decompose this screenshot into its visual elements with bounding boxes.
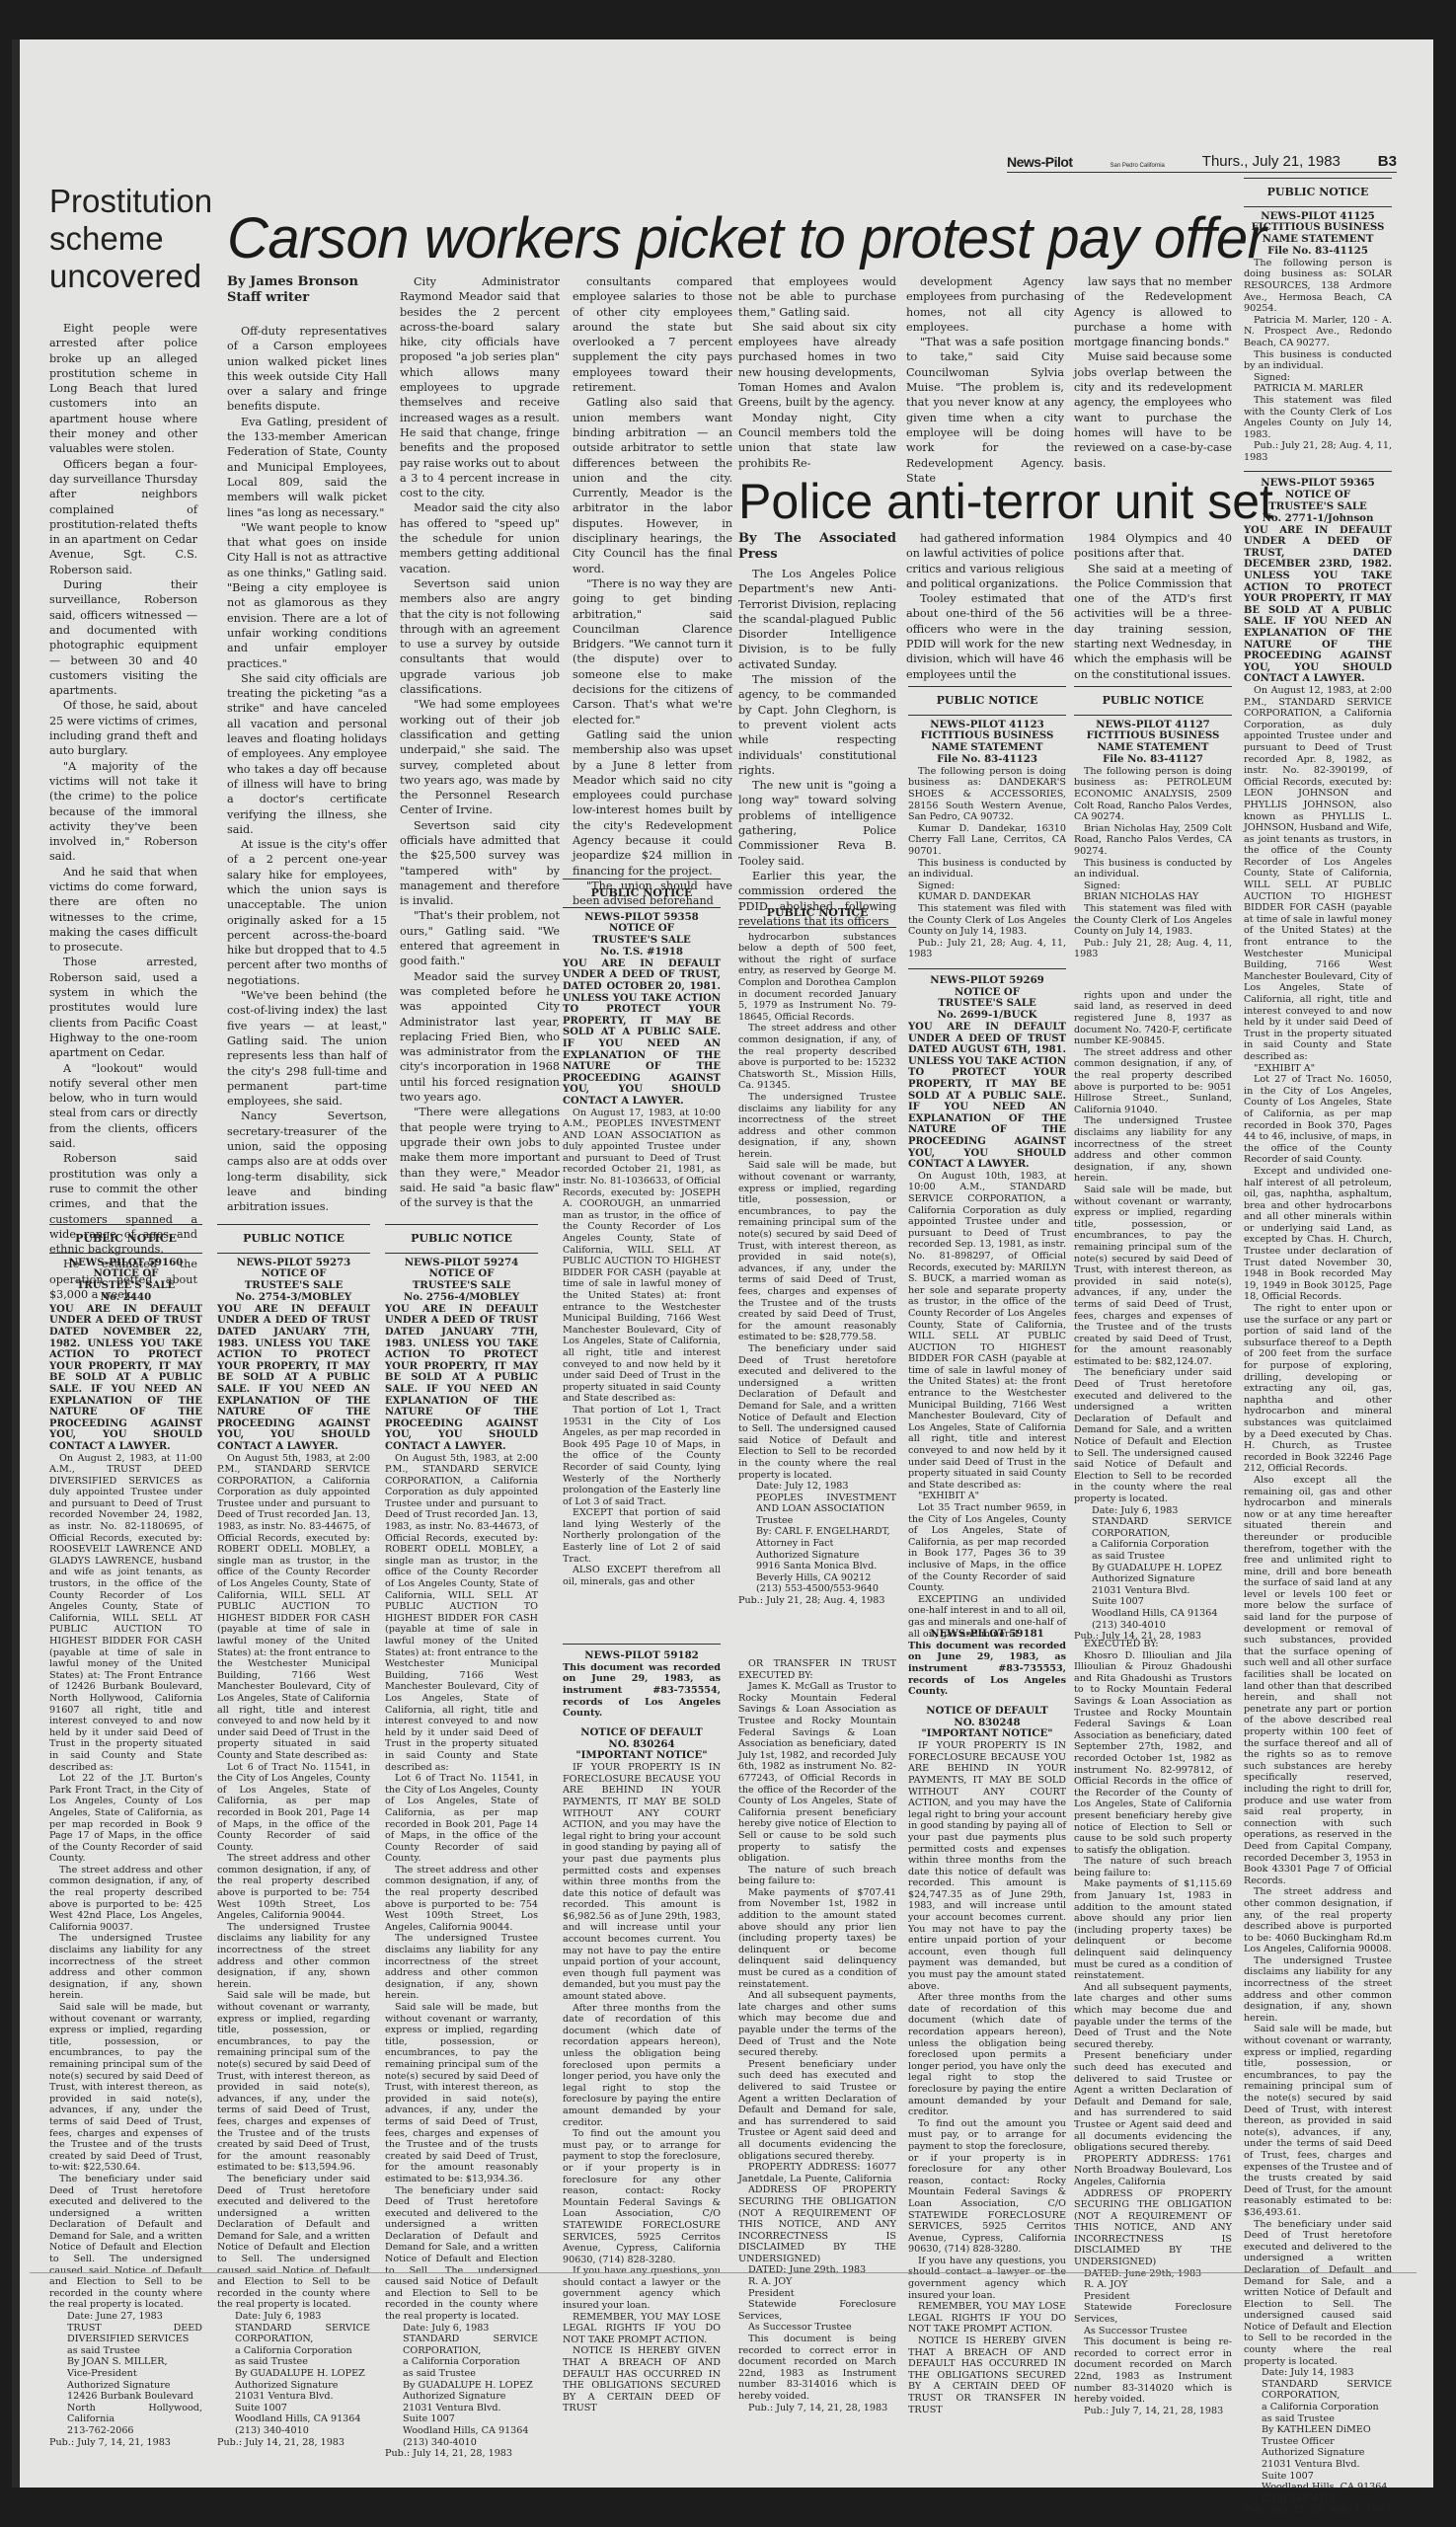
line: Date: July 6, 1983 — [403, 2323, 538, 2335]
paragraph: Gatling said the union membership also w… — [573, 727, 732, 879]
paragraph: Brian Nicholas Hay, 2509 Colt Road, Ranc… — [1074, 823, 1232, 858]
notice-lines: NEWS-PILOT 59269NOTICE OFTRUSTEE'S SALEN… — [908, 975, 1066, 1022]
paragraph: And all subsequent payments, late charge… — [1074, 1982, 1232, 2051]
paragraph: NOTICE IS HEREBY GIVEN THAT A BREACH OF … — [563, 2345, 721, 2414]
paragraph: On August 10th, 1983, at 10:00 A.M., STA… — [908, 1171, 1066, 1492]
issue-date: Thurs., July 21, 1983 — [1202, 153, 1341, 170]
police-col-2: had gathered information on lawful activ… — [906, 531, 1064, 682]
carson-col-2: City Administrator Raymond Meador said t… — [400, 274, 560, 1210]
paragraph: The street address and other common desi… — [1074, 1047, 1232, 1116]
line: By JOAN S. MILLER, — [67, 2356, 202, 2368]
paragraph: Severtson said city officials have admit… — [400, 818, 560, 909]
paragraph: Signed: — [1244, 372, 1392, 384]
paragraph: Officers began a four-day surveillance T… — [49, 457, 197, 577]
carson-col-4: that employees would not be able to purc… — [738, 274, 896, 471]
paragraph: Also except all the remaining oil, gas a… — [1244, 1475, 1392, 1886]
notice-41127: PUBLIC NOTICE NEWS-PILOT 41127FICTITIOUS… — [1074, 686, 1232, 1643]
notice-59181: NEWS-PILOT 59181 This document was recor… — [908, 1629, 1066, 2415]
paragraph: The nature of such breach being failure … — [738, 1865, 896, 1887]
paragraph: The beneficiary under said Deed of Trust… — [738, 1343, 896, 1481]
notice-lines: NEWS-PILOT 41123FICTITIOUS BUSINESSNAME … — [908, 720, 1066, 766]
paragraph: At issue is the city's offer of a 2 perc… — [227, 837, 387, 988]
paragraph: President — [1074, 2291, 1232, 2303]
line: 21031 Ventura Blvd. — [1262, 2459, 1392, 2471]
line: a California Corporation — [235, 2345, 370, 2357]
line: Suite 1007 — [235, 2403, 370, 2414]
line: Authorized Signature — [1092, 1573, 1232, 1585]
paragraph: development Agency employees from purcha… — [906, 274, 1064, 335]
line: Woodland Hills, CA 91364 — [403, 2425, 538, 2437]
paragraph: EXECUTED BY: — [1074, 1639, 1232, 1650]
line: a California Corporation — [403, 2356, 538, 2368]
paragraph: Severtson said union members also are an… — [400, 576, 560, 697]
paragraph: City Administrator Raymond Meador said t… — [400, 274, 560, 500]
paragraph: Khosro D. Illioulian and Jila Illioulian… — [1074, 1650, 1232, 1857]
paragraph: hydrocarbon substances below a depth of … — [738, 932, 896, 1024]
line: No. 2771-1/Johnson — [1244, 513, 1392, 525]
paragraph: "We've been behind (the cost-of-living i… — [227, 988, 387, 1109]
newspaper-page: News-Pilot San Pedro California Thurs., … — [12, 39, 1433, 2488]
paragraph: Lot 6 of Tract No. 11541, in the City of… — [385, 1773, 538, 1865]
line: Authorized Signature — [403, 2391, 538, 2403]
paragraph: The street address and other common desi… — [49, 1865, 202, 1934]
notice-59182: NEWS-PILOT 59182 This document was recor… — [563, 1644, 721, 2414]
paragraph: This statement was filed with the County… — [1244, 395, 1392, 440]
notice-lines: NEWS-PILOT 41127FICTITIOUS BUSINESSNAME … — [1074, 720, 1232, 766]
paragraph: This document is being recorded to corre… — [738, 2334, 896, 2403]
line: Date: July 14, 1983 — [1262, 2367, 1392, 2379]
paragraph: After three months from the date of reco… — [563, 2003, 721, 2129]
police-headline: Police anti-terror unit set — [738, 474, 1273, 529]
paragraph: "There were allegations that people were… — [400, 1105, 560, 1210]
page-number: B3 — [1378, 153, 1397, 170]
line: STANDARD SERVICE CORPORATION, — [403, 2334, 538, 2356]
line: By GUADALUPE H. LOPEZ — [403, 2380, 538, 2392]
carson-col-6: law says that no member of the Redevelop… — [1074, 274, 1232, 471]
line: NOTICE OF DEFAULT — [908, 1706, 1066, 1718]
line: NEWS-PILOT 59269 — [908, 975, 1066, 987]
line: Vice-President — [67, 2368, 202, 2380]
line: Beverly Hills, CA 90212 — [756, 1572, 896, 1584]
paragraph: The undersigned Trustee disclaims any li… — [217, 1922, 370, 1991]
paragraph: R. A. JOY — [738, 2276, 896, 2288]
line: STANDARD SERVICE CORPORATION, — [1262, 2379, 1392, 2402]
line: North Hollywood, California — [67, 2403, 202, 2425]
paragraph: This statement was filed with the County… — [1074, 903, 1232, 938]
paragraph: On August 17, 1983, at 10:00 A.M., PEOPL… — [563, 1108, 721, 1405]
paragraph: Patricia M. Marler, 120 - A. N. Prospect… — [1244, 315, 1392, 349]
line: No. 2440 — [49, 1292, 202, 1304]
paragraph: Pub.: July 7, 14, 21, 28, 1983 — [1074, 2406, 1232, 2417]
line: 12426 Burbank Boulevard — [67, 2391, 202, 2403]
paragraph: OR TRANSFER IN TRUST EXECUTED BY: — [738, 1658, 896, 1681]
notice-lines: Date: July 6, 1983STANDARD SERVICE CORPO… — [1074, 1505, 1232, 1632]
line: Authorized Signature — [235, 2380, 370, 2392]
line: as said Trustee — [67, 2345, 202, 2357]
paragraph: She said about six city employees have a… — [738, 320, 896, 411]
paragraph: that employees would not be able to purc… — [738, 274, 896, 320]
paragraph: The street address and other common desi… — [217, 1853, 370, 1922]
paragraph: Lot 35 Tract number 9659, in the City of… — [908, 1502, 1066, 1594]
notice-59358-continued: PUBLIC NOTICE hydrocarbon substances bel… — [738, 898, 896, 1607]
line: (213) 553-4500/553-9640 — [756, 1583, 896, 1595]
line: Date: July 6, 1983 — [235, 2311, 370, 2323]
paragraph: Lot 6 of Tract No. 11541, in the City of… — [217, 1762, 370, 1854]
line: Woodland Hills, CA 91364 — [1262, 2482, 1392, 2493]
paragraph: Make payments of $1,115.69 from January … — [1074, 1878, 1232, 1981]
paragraph: To find out the amount you must pay, or … — [563, 2128, 721, 2265]
masthead: News-Pilot San Pedro California Thurs., … — [1007, 148, 1397, 173]
paragraph: Eight people were arrested after police … — [49, 321, 197, 457]
notice-lines: NEWS-PILOT 59274NOTICE OFTRUSTEE'S SALEN… — [385, 1258, 538, 1304]
paragraph: ADDRESS OF PROPERTY SECURING THE OBLIGAT… — [738, 2184, 896, 2264]
line: NEWS-PILOT 59181 — [908, 1629, 1066, 1641]
notice-lines: NEWS-PILOT 59273NOTICE OFTRUSTEE'S SALEN… — [217, 1258, 370, 1304]
notice-lines: NEWS-PILOT 59160NOTICE OFTRUSTEE'S SALEN… — [49, 1258, 202, 1304]
notice-lines: Date: July 12, 1983PEOPLES INVESTMENT AN… — [738, 1481, 896, 1595]
paragraph: ADDRESS OF PROPERTY SECURING THE OBLIGAT… — [1074, 2188, 1232, 2268]
paragraph: This business is conducted by an individ… — [908, 858, 1066, 881]
paragraph: had gathered information on lawful activ… — [906, 531, 1064, 591]
page-bottom-rule — [30, 2272, 1417, 2273]
paragraph: Make payments of $707.41 from November 1… — [738, 1887, 896, 1990]
prostitution-headline: Prostitution scheme uncovered — [49, 183, 183, 295]
paragraph: During their surveillance, Roberson said… — [49, 577, 197, 698]
paragraph: "That was a safe position to take," said… — [906, 335, 1064, 486]
paragraph: This document is being re-recorded to co… — [1074, 2336, 1232, 2406]
line: as said Trustee — [403, 2368, 538, 2380]
line: Trustee Officer — [1262, 2436, 1392, 2448]
paragraph: The new unit is "going a long way" towar… — [738, 778, 896, 869]
notice-59181-continued: EXECUTED BY:Khosro D. Illioulian and Jil… — [1074, 1639, 1232, 2416]
carson-col-3: consultants compared employee salaries t… — [573, 274, 732, 908]
paragraph: Signed: — [1074, 881, 1232, 892]
paragraph: Gatling also said that union members wan… — [573, 395, 732, 576]
paragraph: And all subsequent payments, late charge… — [738, 1990, 896, 2059]
paragraph: "EXHIBIT A" — [908, 1491, 1066, 1502]
notice-lines: NOTICE OF DEFAULTNO. 830248"IMPORTANT NO… — [908, 1706, 1066, 1740]
notice-header: PUBLIC NOTICE — [1244, 178, 1392, 207]
notice-lines: NEWS-PILOT 59358NOTICE OFTRUSTEE'S SALEN… — [563, 912, 721, 958]
paragraph: And he said that when victims do come fo… — [49, 865, 197, 956]
line: By KATHLEEN DiMEO — [1262, 2424, 1392, 2436]
paragraph: KUMAR D. DANDEKAR — [908, 891, 1066, 903]
prostitution-story: Eight people were arrested after police … — [49, 321, 197, 1302]
paragraph: If you have any questions, you should co… — [908, 2256, 1066, 2301]
paragraph: Statewide Foreclosure Services, — [1074, 2302, 1232, 2325]
paragraph: The mission of the agency, to be command… — [738, 672, 896, 778]
paragraph: The beneficiary under said Deed of Trust… — [217, 2174, 370, 2311]
paragraph: Present beneficiary under such deed has … — [1074, 2050, 1232, 2153]
paragraph: consultants compared employee salaries t… — [573, 274, 732, 395]
notice-59358: PUBLIC NOTICE NEWS-PILOT 59358NOTICE OFT… — [563, 879, 721, 1587]
paragraph: ALSO EXCEPT therefrom all oil, minerals,… — [563, 1565, 721, 1587]
paragraph: Present beneficiary under such deed has … — [738, 2059, 896, 2162]
line: By GUADALUPE H. LOPEZ — [1092, 1563, 1232, 1574]
line: File No. 83-41123 — [908, 754, 1066, 766]
line: Date: July 6, 1983 — [1092, 1505, 1232, 1517]
paragraph: The right to enter upon or use the surfa… — [1244, 1303, 1392, 1475]
paragraph: On August 2, 1983, at 11:00 A.M., TRUST … — [49, 1453, 202, 1774]
paragraph: The undersigned Trustee disclaims any li… — [738, 1092, 896, 1161]
notice-59160: PUBLIC NOTICE NEWS-PILOT 59160NOTICE OFT… — [49, 1224, 202, 2448]
notice-lines: NEWS-PILOT 59182 — [563, 1650, 721, 1662]
paragraph: 1984 Olympics and 40 positions after tha… — [1074, 531, 1232, 562]
paper-name: News-Pilot — [1007, 154, 1073, 170]
line: 9916 Santa Monica Blvd. — [756, 1561, 896, 1572]
paragraph: Meador said the city also has offered to… — [400, 500, 560, 575]
paragraph: R. A. JOY — [1074, 2279, 1232, 2291]
paragraph: The following person is doing business a… — [908, 766, 1066, 823]
line: "IMPORTANT NOTICE" — [908, 1728, 1066, 1740]
notice-41123: PUBLIC NOTICE NEWS-PILOT 41123FICTITIOUS… — [908, 686, 1066, 1640]
paragraph: This business is conducted by an individ… — [1074, 858, 1232, 881]
paragraph: Said sale will be made, but without cove… — [738, 1160, 896, 1343]
line: (213) 340-4010 — [1262, 2493, 1392, 2505]
paragraph: Lot 22 of the J.T. Burton's Park Front T… — [49, 1773, 202, 1865]
line: Authorized Signature — [67, 2380, 202, 2392]
line: Authorized Signature — [756, 1550, 896, 1562]
notice-lines: Date: July 6, 1983STANDARD SERVICE CORPO… — [217, 2311, 370, 2437]
line: a California Corporation — [1092, 1539, 1232, 1551]
line: STANDARD SERVICE CORPORATION, — [1092, 1516, 1232, 1539]
carson-byline: By James BronsonStaff writer — [227, 274, 387, 306]
paragraph: That portion of Lot 1, Tract 19531 in th… — [563, 1405, 721, 1507]
line: No. 2754-3/MOBLEY — [217, 1292, 370, 1304]
line: By: CARL F. ENGELHARDT, — [756, 1526, 896, 1538]
paragraph: NOTICE IS HEREBY GIVEN THAT A BREACH OF … — [908, 2336, 1066, 2415]
paragraph: BRIAN NICHOLAS HAY — [1074, 891, 1232, 903]
paragraph: REMEMBER, YOU MAY LOSE LEGAL RIGHTS IF Y… — [908, 2301, 1066, 2336]
paragraph: The undersigned Trustee disclaims any li… — [385, 1933, 538, 2002]
notice-lines: Date: July 14, 1983STANDARD SERVICE CORP… — [1244, 2367, 1392, 2504]
line: (213) 340-4010 — [235, 2425, 370, 2437]
paragraph: PROPERTY ADDRESS: 16077 Janetdale, La Pu… — [738, 2162, 896, 2184]
line: PEOPLES INVESTMENT AND LOAN ASSOCIATION — [756, 1493, 896, 1515]
paragraph: As Successor Trustee — [738, 2322, 896, 2334]
paragraph: Nancy Severtson, secretary-treasurer of … — [227, 1109, 387, 1214]
paragraph: The undersigned Trustee disclaims any li… — [1074, 1115, 1232, 1185]
line: Suite 1007 — [1262, 2471, 1392, 2483]
line: STANDARD SERVICE CORPORATION, — [235, 2323, 370, 2345]
paragraph: The street address and other common desi… — [1244, 1886, 1392, 1955]
paragraph: On August 12, 1983, at 2:00 P.M., STANDA… — [1244, 685, 1392, 1063]
paragraph: Pub.: July 21, 28; Aug. 4, 11, 1983 — [1074, 938, 1232, 960]
line: as said Trustee — [235, 2356, 370, 2368]
line: 21031 Ventura Blvd. — [403, 2403, 538, 2414]
paragraph: Statewide Foreclosure Services, — [738, 2299, 896, 2322]
paragraph: Said sale will be made, but without cove… — [1244, 2024, 1392, 2218]
line: NOTICE OF DEFAULT — [563, 1727, 721, 1739]
police-col-3: 1984 Olympics and 40 positions after tha… — [1074, 531, 1232, 682]
notice-lines: Date: June 27, 1983TRUST DEED DIVERSIFIE… — [49, 2311, 202, 2437]
line: No. T.S. #1918 — [563, 947, 721, 958]
paragraph: President — [738, 2288, 896, 2300]
paragraph: DATED: June 29th, 1983 — [1074, 2268, 1232, 2280]
line: (213) 340-4010 — [403, 2437, 538, 2449]
paragraph: The undersigned Trustee disclaims any li… — [1244, 1955, 1392, 2025]
paragraph: On August 5th, 1983, at 2:00 P.M., STAND… — [217, 1453, 370, 1762]
line: By GUADALUPE H. LOPEZ — [235, 2368, 370, 2380]
paragraph: She said city officials are treating the… — [227, 671, 387, 837]
line: "IMPORTANT NOTICE" — [563, 1750, 721, 1762]
paragraph: As Successor Trustee — [1074, 2326, 1232, 2337]
paragraph: "That's their problem, not ours," Gatlin… — [400, 908, 560, 968]
paragraph: law says that no member of the Redevelop… — [1074, 274, 1232, 349]
paragraph: Lot 27 of Tract No. 16050, in the City o… — [1244, 1074, 1392, 1166]
paragraph: "EXHIBIT A" — [1244, 1063, 1392, 1075]
paragraph: The Los Angeles Police Department's new … — [738, 567, 896, 672]
paragraph: Said sale will be made, but without cove… — [49, 2002, 202, 2174]
line: Attorney in Fact — [756, 1538, 896, 1550]
paragraph: The following person is doing business a… — [1244, 258, 1392, 315]
paragraph: Of those, he said, about 25 were victims… — [49, 698, 197, 758]
paragraph: PATRICIA M. MARLER — [1244, 383, 1392, 395]
paragraph: Said sale will be made, but without cove… — [385, 2002, 538, 2185]
paragraph: Signed: — [908, 881, 1066, 892]
paragraph: DATED: June 29th, 1983 — [738, 2264, 896, 2276]
paragraph: Tooley estimated that about one-third of… — [906, 591, 1064, 682]
paragraph: The following person is doing business a… — [1074, 766, 1232, 823]
notice-lines: NOTICE OF DEFAULTNO. 830264"IMPORTANT NO… — [563, 1727, 721, 1762]
line: as said Trustee — [1262, 2413, 1392, 2425]
paragraph: Pub.: July 7, 14, 21, 28, 1983 — [738, 2403, 896, 2414]
paragraph: Pub.: July 21, 28; Aug. 4, 11, 1983 — [1244, 440, 1392, 463]
paragraph: After three months from the date of reco… — [908, 1992, 1066, 2118]
paragraph: Meador said the survey was completed bef… — [400, 969, 560, 1106]
paragraph: This business is conducted by an individ… — [1244, 349, 1392, 372]
notice-59182-continued: OR TRANSFER IN TRUST EXECUTED BY:James K… — [738, 1658, 896, 2413]
line: a California Corporation — [1262, 2402, 1392, 2413]
notice-41125: PUBLIC NOTICE NEWS-PILOT 41125FICTITIOUS… — [1244, 178, 1392, 2516]
paragraph: PROPERTY ADDRESS: 1761 North Broadway Bo… — [1074, 2154, 1232, 2188]
paragraph: Pub.: July 21, 28; Aug. 4, 11, 1983 — [908, 938, 1066, 960]
line: 21031 Ventura Blvd. — [1092, 1585, 1232, 1597]
carson-headline: Carson workers picket to protest pay off… — [227, 207, 1265, 270]
paragraph: Eva Gatling, president of the 133-member… — [227, 415, 387, 520]
paragraph: Muise said because some jobs overlap bet… — [1074, 349, 1232, 470]
paragraph: To find out the amount you must pay, or … — [908, 2118, 1066, 2256]
paragraph: On August 5th, 1983, at 2:00 P.M., STAND… — [385, 1453, 538, 1774]
line: Woodland Hills, CA 91364 — [235, 2413, 370, 2425]
line: File No. 83-41127 — [1074, 754, 1232, 766]
notice-lines: NEWS-PILOT 59181 — [908, 1629, 1066, 1641]
paragraph: She said at a meeting of the Police Comm… — [1074, 562, 1232, 682]
line: Woodland Hills, CA 91364 — [1092, 1608, 1232, 1620]
notice-59273: PUBLIC NOTICE NEWS-PILOT 59273NOTICE OFT… — [217, 1224, 370, 2448]
carson-col-1: By James BronsonStaff writer Off-duty re… — [227, 274, 387, 1215]
line: Suite 1007 — [403, 2413, 538, 2425]
line: File No. 83-41125 — [1244, 246, 1392, 258]
paragraph: Kumar D. Dandekar, 16310 Cherry Fall Lan… — [908, 823, 1066, 858]
line: Date: July 12, 1983 — [756, 1481, 896, 1493]
paragraph: The street address and other common desi… — [385, 1865, 538, 1934]
paragraph: The beneficiary under said Deed of Trust… — [385, 2185, 538, 2323]
line: No. 2756-4/MOBLEY — [385, 1292, 538, 1304]
notice-lines: NEWS-PILOT 59365NOTICE OFTRUSTEE'S SALEN… — [1244, 478, 1392, 524]
paper-location: San Pedro California — [1111, 163, 1165, 170]
police-byline: By The Associated Press — [738, 531, 896, 563]
paragraph: Monday night, City Council members told … — [738, 411, 896, 471]
paragraph: The beneficiary under said Deed of Trust… — [1244, 2219, 1392, 2368]
paragraph: James K. McGall as Trustor to Rocky Moun… — [738, 1681, 896, 1865]
paragraph: "A majority of the victims will not take… — [49, 759, 197, 865]
paragraph: The beneficiary under said Deed of Trust… — [49, 2174, 202, 2311]
paragraph: Said sale will be made, but without cove… — [217, 1990, 370, 2174]
paragraph: rights upon and under the said land, as … — [1074, 990, 1232, 1047]
paragraph: "There is no way they are going to get b… — [573, 576, 732, 727]
paragraph: Except and undivided one-half interest o… — [1244, 1166, 1392, 1303]
notice-59274: PUBLIC NOTICE NEWS-PILOT 59274NOTICE OFT… — [385, 1224, 538, 2460]
line: No. 2699-1/BUCK — [908, 1010, 1066, 1022]
carson-col-5: development Agency employees from purcha… — [906, 274, 1064, 486]
line: (213) 340-4010 — [1092, 1620, 1232, 1632]
paragraph: The nature of such breach being failure … — [1074, 1856, 1232, 1878]
paragraph: Those arrested, Roberson said, used a sy… — [49, 955, 197, 1060]
paragraph: The street address and other common desi… — [738, 1023, 896, 1092]
paragraph: EXCEPT that portion of said land lying W… — [563, 1507, 721, 1565]
line: as said Trustee — [1092, 1551, 1232, 1563]
paragraph: Said sale will be made, but without cove… — [1074, 1185, 1232, 1368]
paragraph: The beneficiary under said Deed of Trust… — [1074, 1367, 1232, 1504]
paragraph: "We had some employees working out of th… — [400, 697, 560, 817]
line: NEWS-PILOT 59182 — [563, 1650, 721, 1662]
line: Date: June 27, 1983 — [67, 2311, 202, 2323]
paragraph: Off-duty representatives of a Carson emp… — [227, 324, 387, 415]
paragraph: This statement was filed with the County… — [908, 903, 1066, 938]
paragraph: "We want people to know that what goes o… — [227, 520, 387, 671]
line: Authorized Signature — [1262, 2447, 1392, 2459]
paragraph: A "lookout" would notify several other m… — [49, 1061, 197, 1152]
notice-lines: Date: July 6, 1983STANDARD SERVICE CORPO… — [385, 2323, 538, 2449]
line: 213-762-2066 — [67, 2425, 202, 2437]
line: Trustee — [756, 1515, 896, 1527]
line: 21031 Ventura Blvd. — [235, 2391, 370, 2403]
line: Suite 1007 — [1092, 1596, 1232, 1608]
paragraph: The undersigned Trustee disclaims any li… — [49, 1933, 202, 2002]
police-col-1: By The Associated Press The Los Angeles … — [738, 531, 896, 929]
notice-lines: NEWS-PILOT 41125FICTITIOUS BUSINESSNAME … — [1244, 211, 1392, 258]
paragraph: REMEMBER, YOU MAY LOSE LEGAL RIGHTS IF Y… — [563, 2312, 721, 2346]
line: TRUST DEED DIVERSIFIED SERVICES — [67, 2323, 202, 2345]
